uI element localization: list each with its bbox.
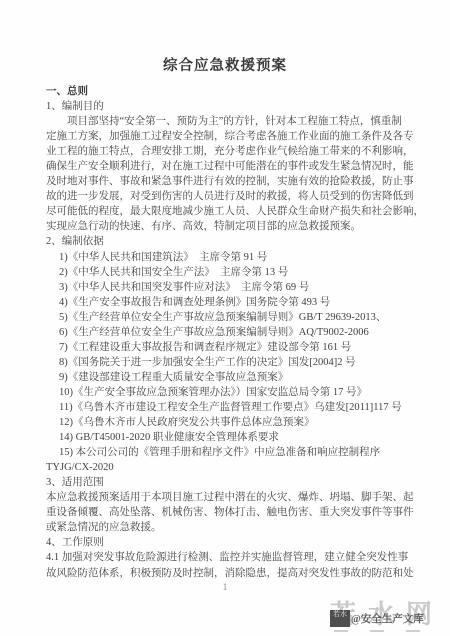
text-line: 7)《工程建设重大事故报告和调查程序规定》建设部令第 161 号 bbox=[46, 340, 422, 355]
document-lines: 一、总则1、编制目的项目部坚持“安全第一、预防为主”的方针，针对本工程施工特点，… bbox=[46, 84, 422, 581]
text-line: 1、编制目的 bbox=[46, 99, 422, 114]
text-line: 本应急救援预案适用于本项目施工过程中潜在的火灾、爆炸、坍塌、脚手架、起 bbox=[46, 490, 422, 505]
text-line: 4、工作原则 bbox=[46, 535, 422, 550]
text-line: 尽可能低的程度，最大限度地减少施工人员、人民群众生命财产损失和社会影响， bbox=[46, 204, 422, 219]
watermark-caption: @安全生产文库 bbox=[351, 611, 424, 626]
text-line: 4.1 加强对突发事故危险源进行检测、监控并实施监督管理，建立健全突发性事 bbox=[46, 550, 422, 565]
text-line: 3)《中华人民共和国突发事件应对法》 主席令第 69 号 bbox=[46, 280, 422, 295]
text-line: 业工程的施工特点，合理安排工期，充分考虑作业气候给施工带来的不利影响， bbox=[46, 144, 422, 159]
watermark: 若水网 若水 @安全生产文库 bbox=[328, 594, 450, 634]
text-line: 及时地对事件、事故和紧急事件进行有效的控制，实施有效的抢险救援，防止事 bbox=[46, 174, 422, 189]
text-line: 5)《生产经营单位安全生产事故应急预案编制导则》GB/T 29639-2013、 bbox=[46, 310, 422, 325]
text-line: 3、适用范围 bbox=[46, 475, 422, 490]
text-line: 1)《中华人民共和国建筑法》 主席令第 91 号 bbox=[46, 250, 422, 265]
text-line: 12)《乌鲁木齐市人民政府突发公共事件总体应急预案》 bbox=[46, 415, 422, 430]
text-line: 10)《生产安全事故应急预案管理办法》）国家安监总局令第 17 号》 bbox=[46, 385, 422, 400]
text-line: 故风险防范体系，积极预防及时控制，消除隐患，提高对突发性事故的防范和处 bbox=[46, 566, 422, 581]
text-line: 重设备倾覆、高处坠落、机械伤害、物体打击、触电伤害、重大突发事件等事件 bbox=[46, 505, 422, 520]
page-number: 1 bbox=[0, 582, 450, 592]
text-line: 确保生产安全顺利进行，对在施工过程中可能潜在的事件或发生紧急情况时，能 bbox=[46, 159, 422, 174]
text-line: 一、总则 bbox=[46, 84, 422, 99]
text-line: 8)《国务院关于进一步加强安全生产工作的决定》国发[2004]2 号 bbox=[46, 355, 422, 370]
text-line: 故的进一步发展，对受到伤害的人员进行及时的救援，将人员受到的伤害降低到 bbox=[46, 189, 422, 204]
text-line: 定施工方案，加强施工过程安全控制，综合考虑各施工作业面的施工条件及各专 bbox=[46, 129, 422, 144]
text-line: 2、编制依据 bbox=[46, 234, 422, 249]
text-line: 2)《中华人民共和国安全生产法》 主席令第 13 号 bbox=[46, 265, 422, 280]
document-page: 综合应急救援预案 一、总则1、编制目的项目部坚持“安全第一、预防为主”的方针，针… bbox=[0, 0, 450, 636]
text-line: 15) 本公司公司的《管理手册和程序文件》中应急准备和响应控制程序 bbox=[46, 445, 422, 460]
text-line: 6)《生产经营单位安全生产事故应急预案编制导则》AQ/T9002-2006 bbox=[46, 325, 422, 340]
text-line: 或紧急情况的应急救援。 bbox=[46, 520, 422, 535]
text-line: 项目部坚持“安全第一、预防为主”的方针，针对本工程施工特点，慎重制 bbox=[46, 114, 422, 129]
watermark-underline-marks bbox=[334, 630, 444, 632]
text-line: 实现应急行动的快速、有序、高效，特制定项目部的应急救援预案。 bbox=[46, 219, 422, 234]
page-title: 综合应急救援预案 bbox=[0, 54, 450, 75]
text-line: 14) GB/T45001-2020 职业健康安全管理体系要求 bbox=[46, 430, 422, 445]
watermark-logo-icon: 若水 bbox=[330, 610, 350, 627]
text-line: 9)《建设部建设工程重大质量安全事故应急预案》 bbox=[46, 370, 422, 385]
text-line: 4)《生产安全事故报告和调查处理条例》国务院令第 493 号 bbox=[46, 295, 422, 310]
text-line: 11)《乌鲁木齐市建设工程安全生产监督管理工作要点》乌建发[2011]117 号 bbox=[46, 400, 422, 415]
text-line: TYJG/CX-2020 bbox=[46, 460, 422, 475]
